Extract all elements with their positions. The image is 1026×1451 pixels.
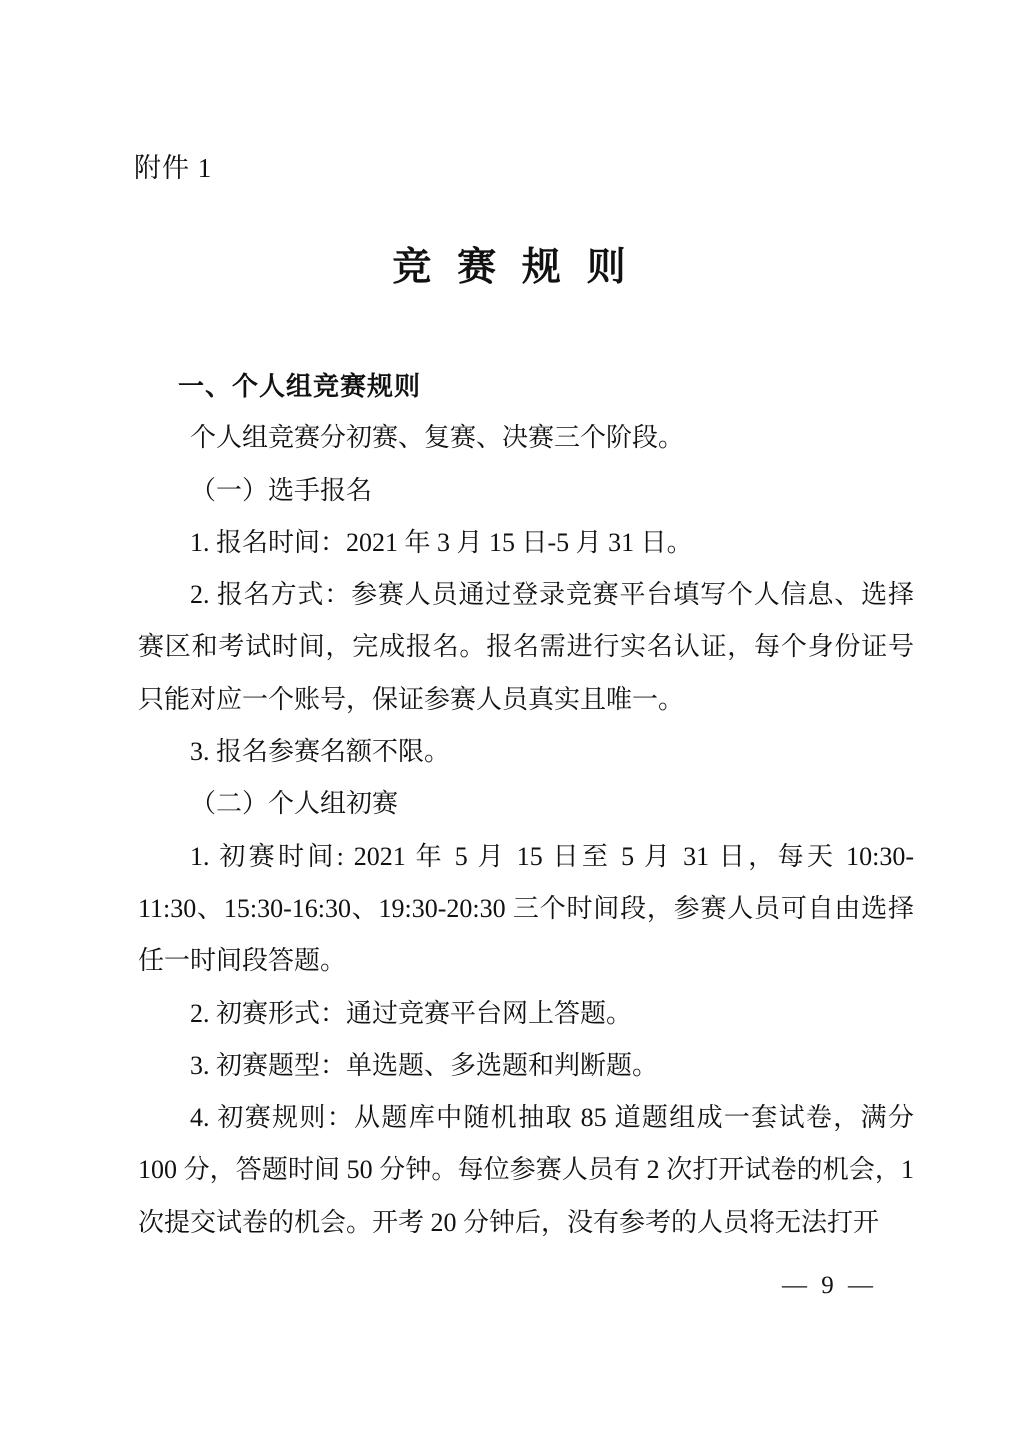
page-number: — 9 — xyxy=(782,1272,877,1300)
paragraph-preliminary-rules: 4. 初赛规则：从题库中随机抽取 85 道题组成一套试卷，满分 100 分，答题… xyxy=(138,1092,914,1249)
attachment-label: 附件 1 xyxy=(134,150,212,186)
paragraph-registration-method: 2. 报名方式：参赛人员通过登录竞赛平台填写个人信息、选择赛区和考试时间，完成报… xyxy=(138,569,914,726)
paragraph-registration-quota: 3. 报名参赛名额不限。 xyxy=(138,726,914,778)
paragraph-preliminary-time: 1. 初赛时间: 2021 年 5 月 15 日至 5 月 31 日，每天 10… xyxy=(138,831,914,988)
paragraph-intro: 个人组竞赛分初赛、复赛、决赛三个阶段。 xyxy=(138,412,914,464)
document-body: 一、个人组竞赛规则 个人组竞赛分初赛、复赛、决赛三个阶段。 （一）选手报名 1.… xyxy=(138,360,914,1249)
document-title: 竞 赛 规 则 xyxy=(0,245,1026,291)
paragraph-preliminary-question-types: 3. 初赛题型：单选题、多选题和判断题。 xyxy=(138,1040,914,1092)
subsection-heading-registration: （一）选手报名 xyxy=(138,465,914,517)
paragraph-preliminary-format: 2. 初赛形式：通过竞赛平台网上答题。 xyxy=(138,988,914,1040)
section-heading-individual-rules: 一、个人组竞赛规则 xyxy=(138,360,914,412)
paragraph-registration-time: 1. 报名时间：2021 年 3 月 15 日-5 月 31 日。 xyxy=(138,517,914,569)
document-page: 附件 1 竞 赛 规 则 一、个人组竞赛规则 个人组竞赛分初赛、复赛、决赛三个阶… xyxy=(0,0,1026,1451)
subsection-heading-preliminary: （二）个人组初赛 xyxy=(138,778,914,830)
